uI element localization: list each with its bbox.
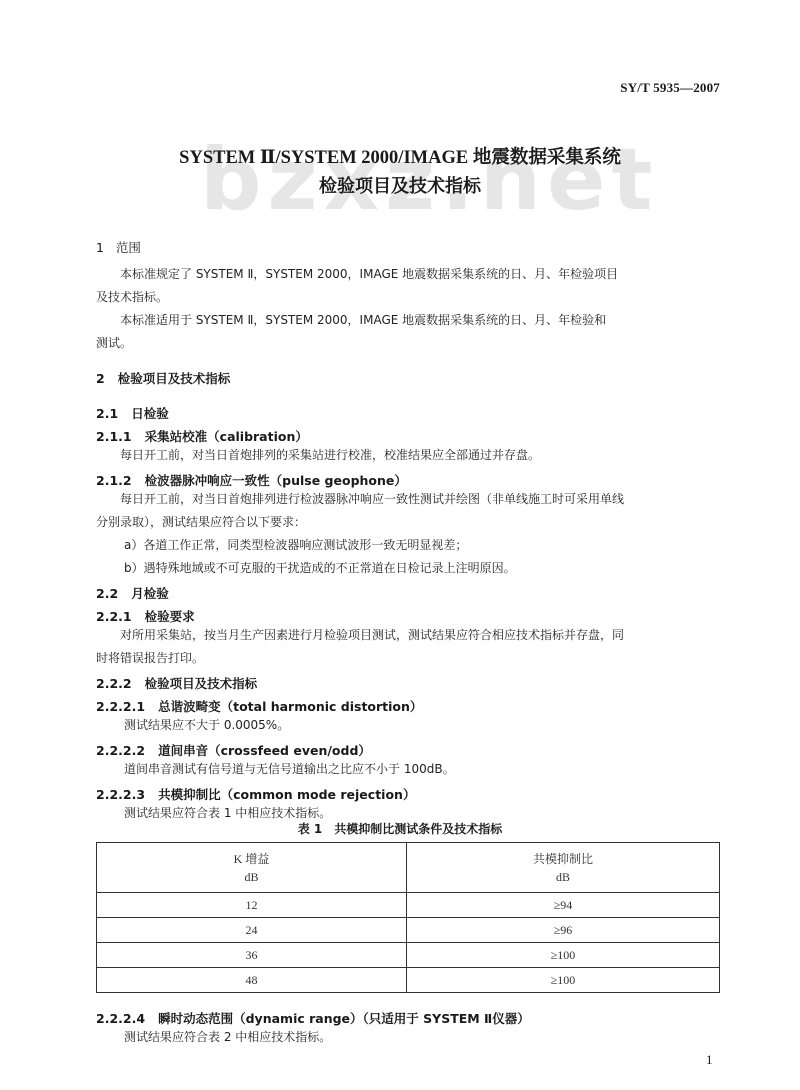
section-title: 范围 bbox=[116, 240, 141, 255]
table-cell: 12 bbox=[97, 893, 407, 918]
section-heading-2-2-2-2: 2.2.2.2 道间串音（crossfeed even/odd） bbox=[96, 741, 371, 759]
table-cell: ≥94 bbox=[407, 893, 720, 918]
section-title: 采集站校准（calibration） bbox=[145, 429, 308, 444]
paragraph: 对所用采集站，按当月生产因素进行月检验项目测试，测试结果应符合相应技术指标并存盘… bbox=[120, 624, 624, 647]
section-number: 2.1.2 bbox=[96, 473, 132, 488]
section-number: 2.2.1 bbox=[96, 609, 132, 624]
section-number: 1 bbox=[96, 240, 104, 255]
paragraph: 测试。 bbox=[96, 332, 132, 355]
table-header-cell: 共模抑制比 dB bbox=[407, 843, 720, 893]
section-title: 日检验 bbox=[131, 406, 169, 421]
page-number: 1 bbox=[706, 1052, 713, 1068]
list-item-b: b）遇特殊地域或不可克服的干扰造成的不正常道在日检记录上注明原因。 bbox=[124, 557, 516, 580]
section-heading-2-2-1: 2.2.1 检验要求 bbox=[96, 607, 195, 625]
section-title: 道间串音（crossfeed even/odd） bbox=[158, 743, 371, 758]
section-heading-2-2: 2.2 月检验 bbox=[96, 584, 169, 602]
section-title: 检波器脉冲响应一致性（pulse geophone） bbox=[145, 473, 407, 488]
table-cell: ≥100 bbox=[407, 968, 720, 993]
paragraph: 本标准适用于 SYSTEM Ⅱ，SYSTEM 2000，IMAGE 地震数据采集… bbox=[120, 309, 606, 332]
table-row: 12 ≥94 bbox=[97, 893, 720, 918]
paragraph: 测试结果应符合表 2 中相应技术指标。 bbox=[124, 1026, 331, 1049]
document-title-line2: 检验项目及技术指标 bbox=[0, 172, 800, 198]
section-heading-2-2-2: 2.2.2 检验项目及技术指标 bbox=[96, 674, 257, 692]
section-number: 2.2.2.2 bbox=[96, 743, 145, 758]
section-heading-2-2-2-3: 2.2.2.3 共模抑制比（common mode rejection） bbox=[96, 785, 415, 803]
section-number: 2 bbox=[96, 371, 105, 386]
section-heading-2: 2 检验项目及技术指标 bbox=[96, 369, 230, 387]
table-cell: 48 bbox=[97, 968, 407, 993]
section-title: 检验项目及技术指标 bbox=[145, 676, 258, 691]
section-number: 2.2.2 bbox=[96, 676, 132, 691]
paragraph: 每日开工前，对当日首炮排列的采集站进行校准，校准结果应全部通过并存盘。 bbox=[120, 444, 540, 467]
section-number: 2.1 bbox=[96, 406, 118, 421]
section-heading-2-2-2-4: 2.2.2.4 瞬时动态范围（dynamic range）（只适用于 SYSTE… bbox=[96, 1009, 530, 1027]
table-caption: 表 1 共模抑制比测试条件及技术指标 bbox=[0, 820, 800, 837]
paragraph: 道间串音测试有信号道与无信号道输出之比应不小于 100dB。 bbox=[124, 758, 455, 781]
section-title: 月检验 bbox=[131, 586, 169, 601]
header-label: 共模抑制比 bbox=[407, 850, 719, 868]
paragraph: 及技术指标。 bbox=[96, 286, 168, 309]
table-row: 48 ≥100 bbox=[97, 968, 720, 993]
section-number: 2.2.2.3 bbox=[96, 787, 145, 802]
section-number: 2.2.2.4 bbox=[96, 1011, 145, 1026]
paragraph: 测试结果应不大于 0.0005%。 bbox=[124, 714, 289, 737]
header-unit: dB bbox=[407, 868, 719, 886]
table-header-row: K 增益 dB 共模抑制比 dB bbox=[97, 843, 720, 893]
section-title: 检验要求 bbox=[145, 609, 195, 624]
section-number: 2.2 bbox=[96, 586, 118, 601]
section-heading-2-1: 2.1 日检验 bbox=[96, 404, 169, 422]
section-title: 瞬时动态范围（dynamic range）（只适用于 SYSTEM Ⅱ仪器） bbox=[158, 1011, 530, 1026]
section-title: 共模抑制比（common mode rejection） bbox=[158, 787, 415, 802]
header-label: K 增益 bbox=[97, 850, 406, 868]
table-1: K 增益 dB 共模抑制比 dB 12 ≥94 24 ≥96 36 ≥100 4… bbox=[96, 842, 720, 993]
section-heading-2-2-2-1: 2.2.2.1 总谐波畸变（total harmonic distortion） bbox=[96, 697, 422, 715]
section-heading-2-1-1: 2.1.1 采集站校准（calibration） bbox=[96, 427, 308, 445]
list-item-a: a）各道工作正常，同类型检波器响应测试波形一致无明显视差； bbox=[124, 534, 467, 557]
section-number: 2.2.2.1 bbox=[96, 699, 145, 714]
section-number: 2.1.1 bbox=[96, 429, 132, 444]
table-row: 24 ≥96 bbox=[97, 918, 720, 943]
standard-code: SY/T 5935—2007 bbox=[620, 80, 720, 96]
table-cell: 24 bbox=[97, 918, 407, 943]
table-row: 36 ≥100 bbox=[97, 943, 720, 968]
section-heading-1: 1 范围 bbox=[96, 238, 141, 256]
section-heading-2-1-2: 2.1.2 检波器脉冲响应一致性（pulse geophone） bbox=[96, 471, 407, 489]
table-cell: ≥96 bbox=[407, 918, 720, 943]
paragraph: 分别录取），测试结果应符合以下要求： bbox=[96, 511, 306, 534]
section-title: 检验项目及技术指标 bbox=[118, 371, 231, 386]
document-title-line1: SYSTEM Ⅱ/SYSTEM 2000/IMAGE 地震数据采集系统 bbox=[0, 143, 800, 169]
table-header-cell: K 增益 dB bbox=[97, 843, 407, 893]
paragraph: 每日开工前，对当日首炮排列进行检波器脉冲响应一致性测试并绘图（非单线施工时可采用… bbox=[120, 488, 624, 511]
table-cell: 36 bbox=[97, 943, 407, 968]
paragraph: 本标准规定了 SYSTEM Ⅱ，SYSTEM 2000，IMAGE 地震数据采集… bbox=[120, 263, 618, 286]
paragraph: 时将错误报告打印。 bbox=[96, 647, 204, 670]
section-title: 总谐波畸变（total harmonic distortion） bbox=[158, 699, 422, 714]
header-unit: dB bbox=[97, 868, 406, 886]
table-cell: ≥100 bbox=[407, 943, 720, 968]
